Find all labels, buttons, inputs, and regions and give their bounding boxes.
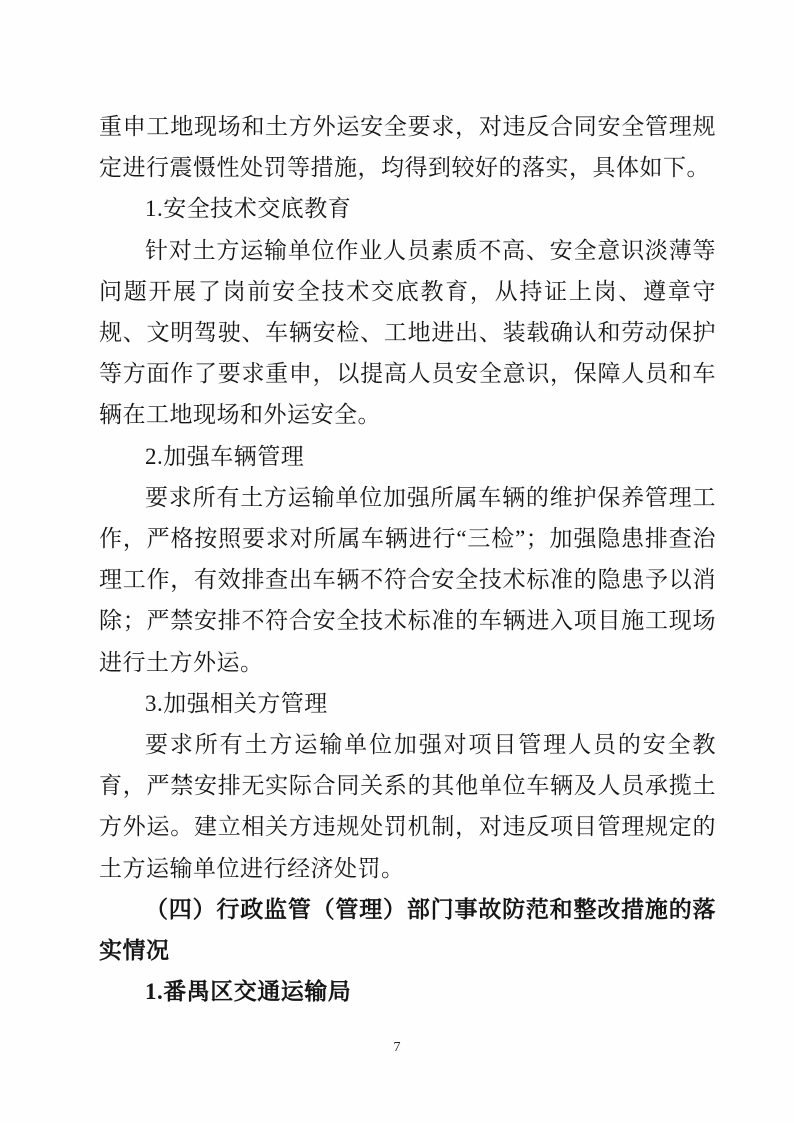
section-4-sub-1-heading: 1.番禺区交通运输局	[99, 971, 716, 1012]
section-3-heading: 3.加强相关方管理	[99, 683, 716, 724]
section-1-heading: 1.安全技术交底教育	[99, 188, 716, 229]
section-3-paragraph: 要求所有土方运输单位加强对项目管理人员的安全教育，严禁安排无实际合同关系的其他单…	[99, 724, 716, 889]
section-1-paragraph: 针对土方运输单位作业人员素质不高、安全意识淡薄等问题开展了岗前安全技术交底教育，…	[99, 230, 716, 436]
section-2-paragraph: 要求所有土方运输单位加强所属车辆的维护保养管理工作，严格按照要求对所属车辆进行“…	[99, 477, 716, 683]
page-content: 重申工地现场和土方外运安全要求，对违反合同安全管理规定进行震慑性处罚等措施，均得…	[99, 106, 716, 1012]
page-number: 7	[0, 1038, 794, 1058]
section-2-heading: 2.加强车辆管理	[99, 436, 716, 477]
document-page: 重申工地现场和土方外运安全要求，对违反合同安全管理规定进行震慑性处罚等措施，均得…	[0, 0, 794, 1123]
paragraph-continuation: 重申工地现场和土方外运安全要求，对违反合同安全管理规定进行震慑性处罚等措施，均得…	[99, 106, 716, 188]
section-4-heading: （四）行政监管（管理）部门事故防范和整改措施的落实情况	[99, 889, 716, 971]
